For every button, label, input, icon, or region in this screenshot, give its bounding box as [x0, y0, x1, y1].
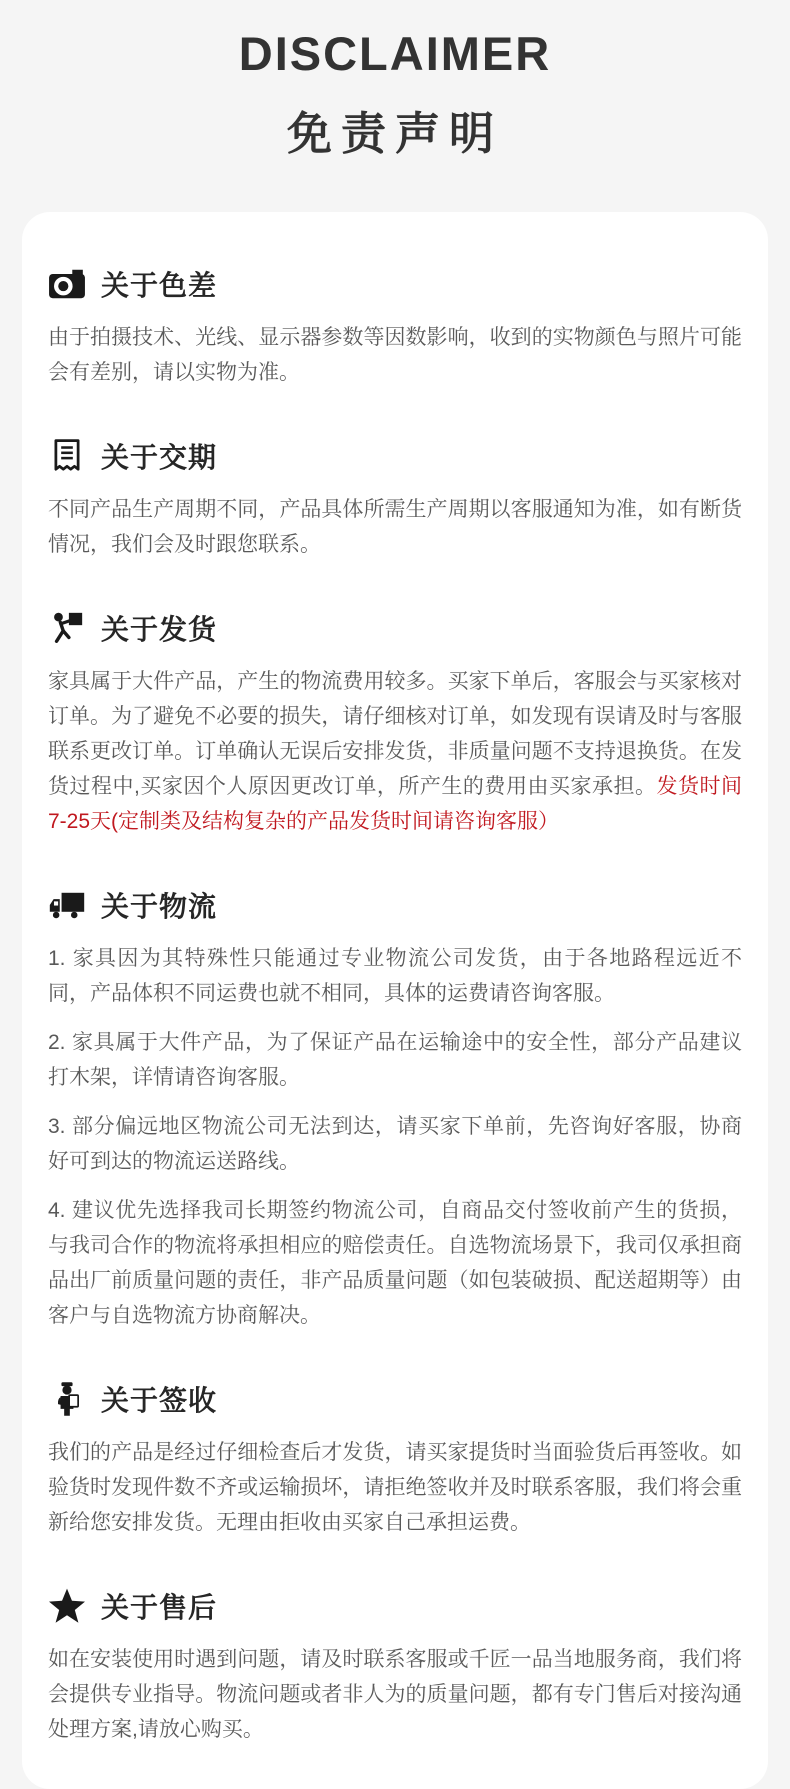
section-header: 关于售后	[48, 1586, 742, 1626]
disclaimer-card: 关于色差 由于拍摄技术、光线、显示器参数等因数影响，收到的实物颜色与照片可能会有…	[22, 212, 768, 1789]
section-header: 关于交期	[48, 436, 742, 476]
section-header: 关于物流	[48, 885, 742, 925]
page-title-english: DISCLAIMER	[0, 26, 790, 81]
disclaimer-section: 关于签收 我们的产品是经过仔细检查后才发货，请买家提货时当面验货后再签收。如验货…	[48, 1379, 742, 1540]
paragraph: 2. 家具属于大件产品，为了保证产品在运输途中的安全性，部分产品建议打木架，详情…	[48, 1025, 742, 1095]
disclaimer-section: 关于发货 家具属于大件产品，产生的物流费用较多。买家下单后，客服会与买家核对订单…	[48, 608, 742, 839]
camera-icon	[48, 266, 86, 302]
section-header: 关于签收	[48, 1379, 742, 1419]
paragraph: 1. 家具因为其特殊性只能通过专业物流公司发货，由于各地路程远近不同，产品体积不…	[48, 941, 742, 1011]
star-icon	[48, 1588, 86, 1624]
section-title: 关于签收	[101, 1379, 217, 1419]
page-header: DISCLAIMER 免责声明	[0, 0, 790, 162]
truck-icon	[48, 887, 86, 923]
disclaimer-section: 关于色差 由于拍摄技术、光线、显示器参数等因数影响，收到的实物颜色与照片可能会有…	[48, 264, 742, 390]
paragraph: 由于拍摄技术、光线、显示器参数等因数影响，收到的实物颜色与照片可能会有差别，请以…	[48, 320, 742, 390]
disclaimer-section: 关于售后 如在安装使用时遇到问题，请及时联系客服或千匠一品当地服务商，我们将会提…	[48, 1586, 742, 1747]
courier-icon	[48, 1381, 86, 1417]
disclaimer-section: 关于交期 不同产品生产周期不同，产品具体所需生产周期以客服通知为准，如有断货情况…	[48, 436, 742, 562]
section-body: 家具属于大件产品，产生的物流费用较多。买家下单后，客服会与买家核对订单。为了避免…	[48, 664, 742, 839]
section-body: 如在安装使用时遇到问题，请及时联系客服或千匠一品当地服务商，我们将会提供专业指导…	[48, 1642, 742, 1747]
section-title: 关于交期	[101, 436, 217, 476]
section-body: 我们的产品是经过仔细检查后才发货，请买家提货时当面验货后再签收。如验货时发现件数…	[48, 1435, 742, 1540]
delivery-person-icon	[48, 610, 86, 646]
receipt-icon	[48, 438, 86, 474]
paragraph: 4. 建议优先选择我司长期签约物流公司，自商品交付签收前产生的货损，与我司合作的…	[48, 1193, 742, 1333]
disclaimer-section: 关于物流 1. 家具因为其特殊性只能通过专业物流公司发货，由于各地路程远近不同，…	[48, 885, 742, 1333]
paragraph: 我们的产品是经过仔细检查后才发货，请买家提货时当面验货后再签收。如验货时发现件数…	[48, 1435, 742, 1540]
section-header: 关于色差	[48, 264, 742, 304]
highlight-text: 发货时间7-25天(定制类及结构复杂的产品发货时间请咨询客服）	[48, 775, 742, 833]
paragraph: 3. 部分偏远地区物流公司无法到达，请买家下单前，先咨询好客服，协商好可到达的物…	[48, 1109, 742, 1179]
paragraph: 家具属于大件产品，产生的物流费用较多。买家下单后，客服会与买家核对订单。为了避免…	[48, 664, 742, 839]
sections: 关于色差 由于拍摄技术、光线、显示器参数等因数影响，收到的实物颜色与照片可能会有…	[48, 264, 742, 1747]
section-title: 关于售后	[101, 1586, 217, 1626]
section-body: 不同产品生产周期不同，产品具体所需生产周期以客服通知为准，如有断货情况，我们会及…	[48, 492, 742, 562]
page-title-chinese: 免责声明	[0, 97, 790, 162]
section-header: 关于发货	[48, 608, 742, 648]
section-title: 关于物流	[101, 885, 217, 925]
section-title: 关于发货	[101, 608, 217, 648]
section-body: 1. 家具因为其特殊性只能通过专业物流公司发货，由于各地路程远近不同，产品体积不…	[48, 941, 742, 1333]
paragraph: 不同产品生产周期不同，产品具体所需生产周期以客服通知为准，如有断货情况，我们会及…	[48, 492, 742, 562]
section-title: 关于色差	[101, 264, 217, 304]
section-body: 由于拍摄技术、光线、显示器参数等因数影响，收到的实物颜色与照片可能会有差别，请以…	[48, 320, 742, 390]
paragraph: 如在安装使用时遇到问题，请及时联系客服或千匠一品当地服务商，我们将会提供专业指导…	[48, 1642, 742, 1747]
